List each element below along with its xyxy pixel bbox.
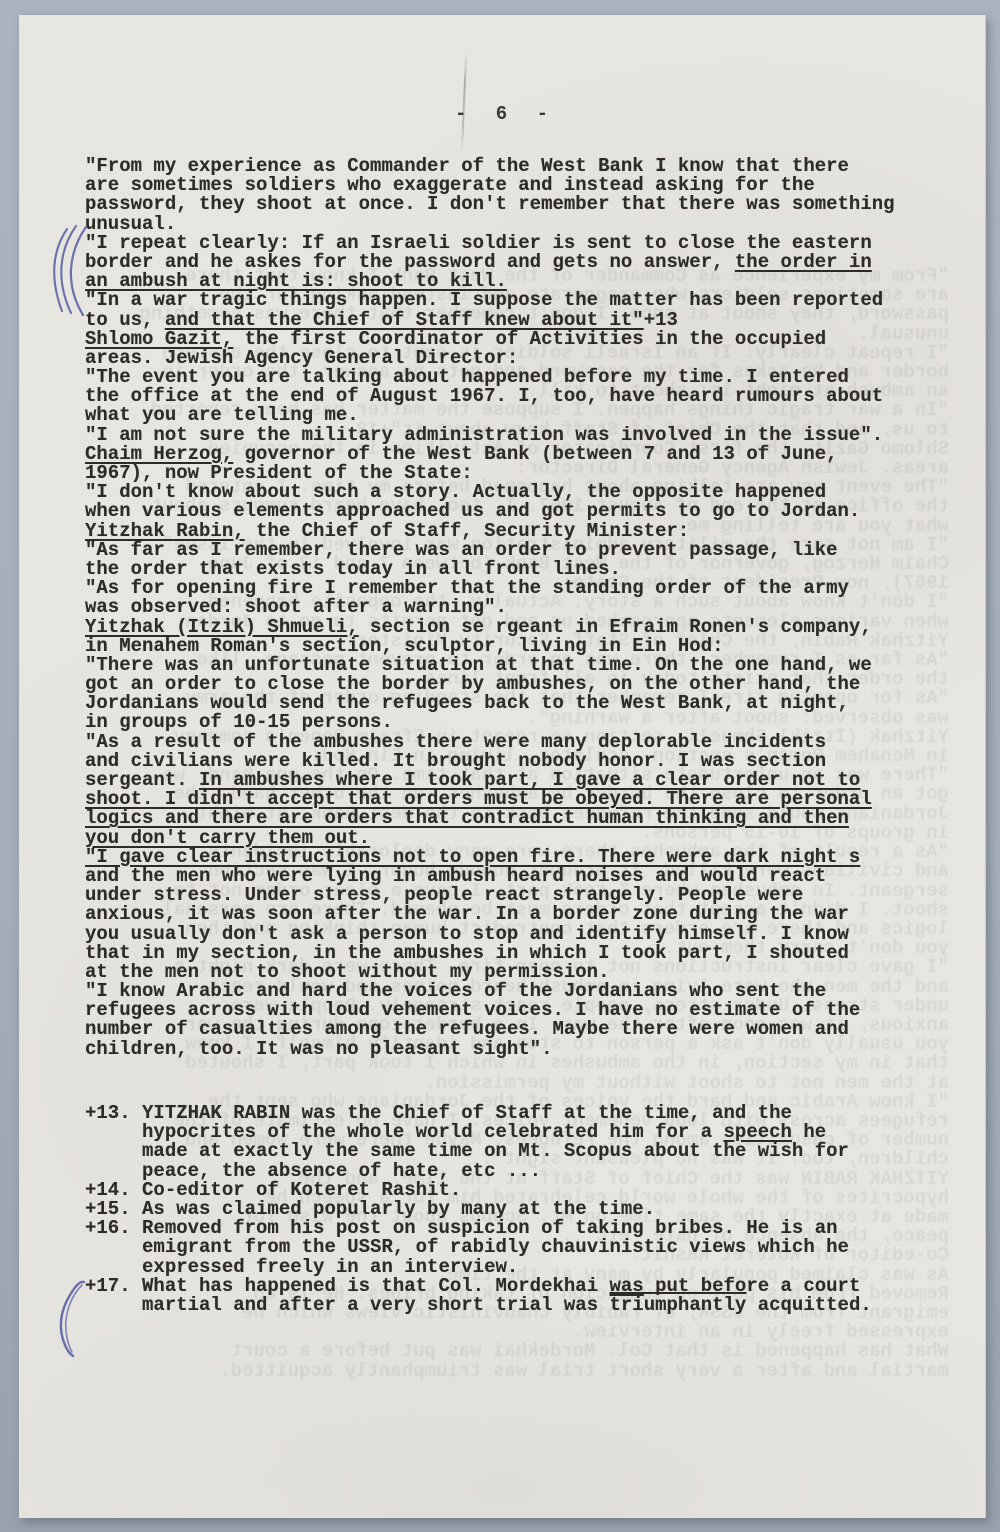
page-number: - 6 - (19, 103, 985, 125)
text-line: martial and after a very short trial was… (85, 1296, 945, 1315)
text-segment: martial and after a very short trial was (142, 1294, 609, 1316)
margin-annotation-triple-paren-icon (43, 223, 95, 319)
document-page: "From my experience as Commander of the … (19, 15, 986, 1518)
margin-annotation-single-paren-icon (52, 1277, 96, 1365)
text-line: password, they shoot at once. I don't re… (85, 195, 945, 214)
scan-background: "From my experience as Commander of the … (0, 0, 1000, 1532)
footnotes: +13. YITZHAK RABIN was the Chief of Staf… (85, 1104, 945, 1315)
text-segment: children, too. It was no pleasant sight"… (85, 1038, 552, 1060)
underlined-text: the order in (735, 251, 872, 273)
text-line: children, too. It was no pleasant sight"… (85, 1040, 945, 1059)
body-text: "From my experience as Commander of the … (85, 157, 945, 1059)
text-segment: password, they shoot at once. I don't re… (85, 193, 895, 215)
text-segment: acquitted. (746, 1294, 871, 1316)
overlined-text: triumphantly (610, 1294, 747, 1316)
